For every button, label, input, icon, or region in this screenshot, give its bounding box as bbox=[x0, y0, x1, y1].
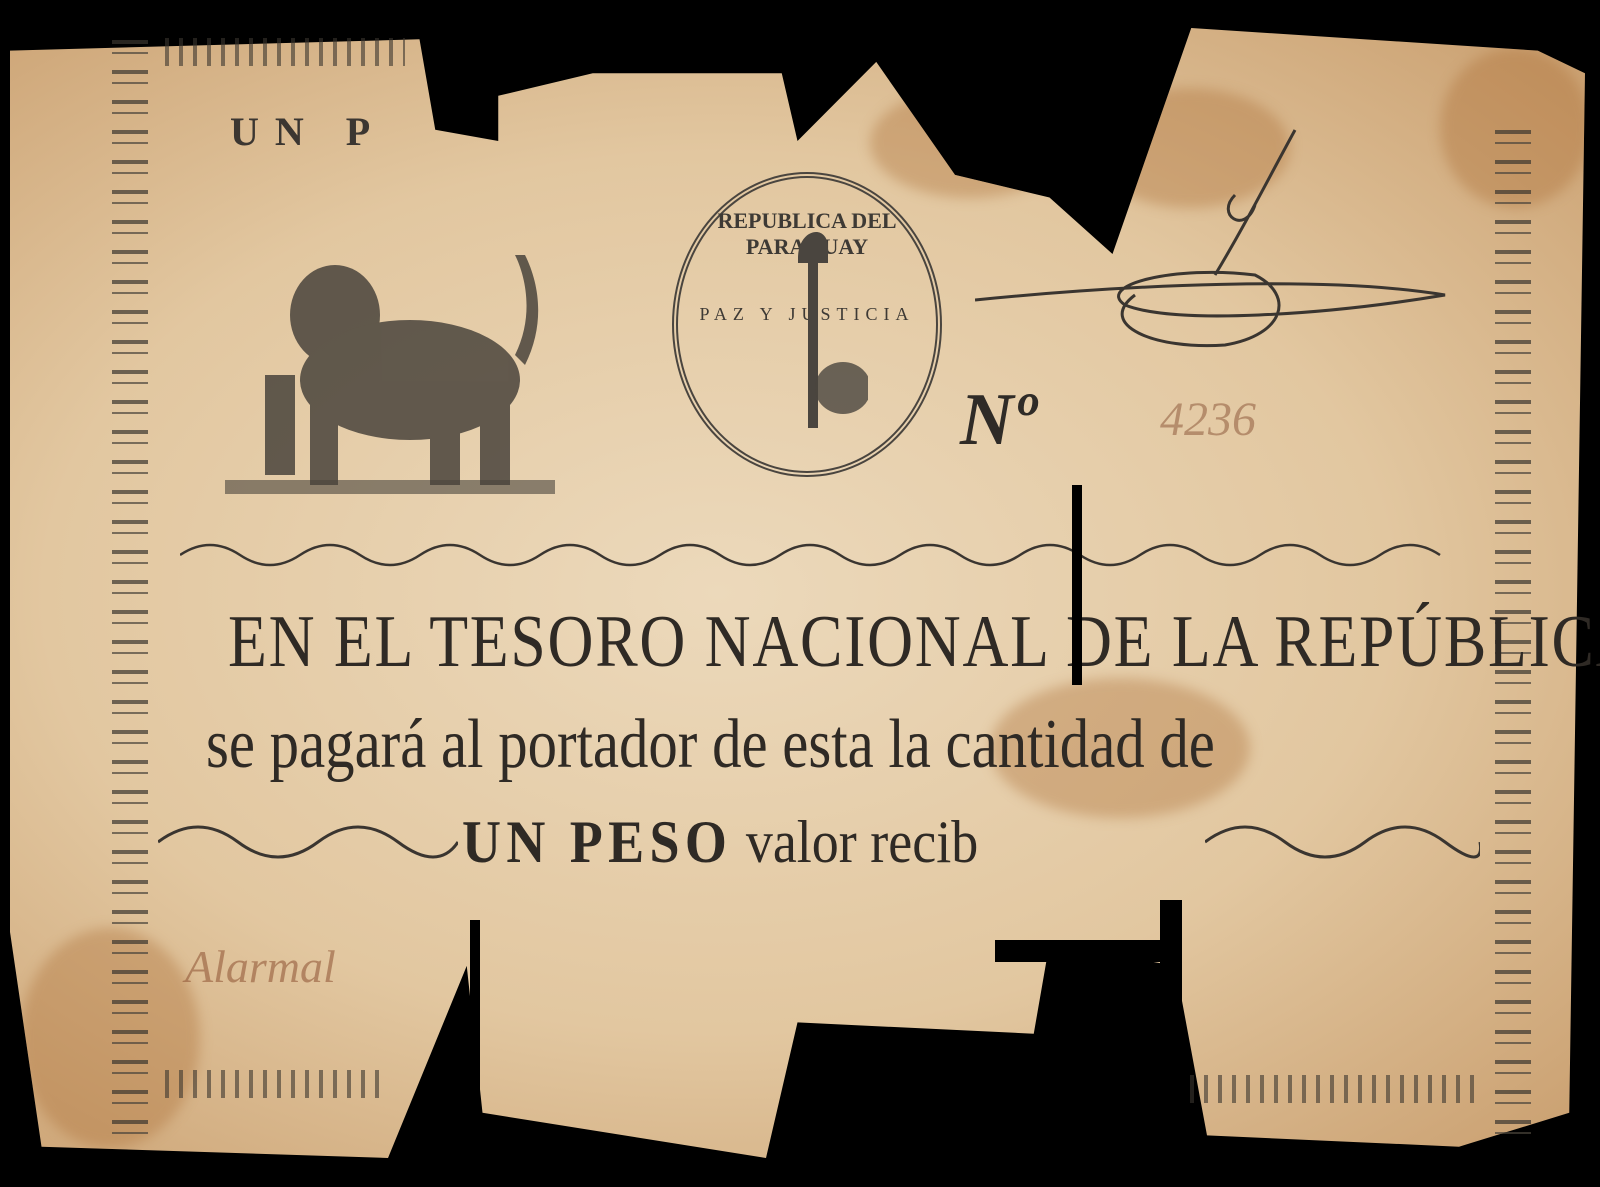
national-seal: REPUBLICA DEL PARAGUAY PAZ Y JUSTICIA bbox=[672, 172, 942, 477]
top-ornamental-border bbox=[165, 38, 405, 66]
tear bbox=[470, 920, 480, 1120]
bottom-ornamental-border bbox=[165, 1070, 385, 1098]
handwritten-signature: Alarmal bbox=[185, 940, 336, 993]
value-received-text: valor recib bbox=[746, 809, 978, 875]
number-mark: Nº bbox=[960, 378, 1036, 463]
left-ornamental-border bbox=[112, 40, 148, 1147]
tear bbox=[995, 940, 1165, 962]
serial-number: 4236 bbox=[1160, 392, 1256, 447]
treasury-text-line2: se pagará al portador de esta la cantida… bbox=[206, 705, 1215, 785]
tear bbox=[1160, 900, 1182, 1100]
signature-icon bbox=[975, 125, 1455, 355]
left-flourish bbox=[158, 812, 458, 872]
jaguar-icon bbox=[225, 255, 555, 505]
denomination-line: UN PESO valor recib bbox=[462, 808, 978, 877]
scroll-flourish bbox=[180, 535, 1450, 575]
right-flourish bbox=[1205, 812, 1480, 872]
bottom-ornamental-border bbox=[1190, 1075, 1480, 1103]
tear bbox=[1072, 485, 1082, 685]
treasury-text-line1: EN EL TESORO NACIONAL DE LA REPÚBLICA bbox=[228, 600, 1600, 685]
liberty-cap-icon bbox=[758, 218, 868, 438]
denomination: UN PESO bbox=[462, 809, 732, 875]
top-denomination-label: UN P bbox=[230, 108, 386, 155]
stain bbox=[20, 928, 200, 1148]
